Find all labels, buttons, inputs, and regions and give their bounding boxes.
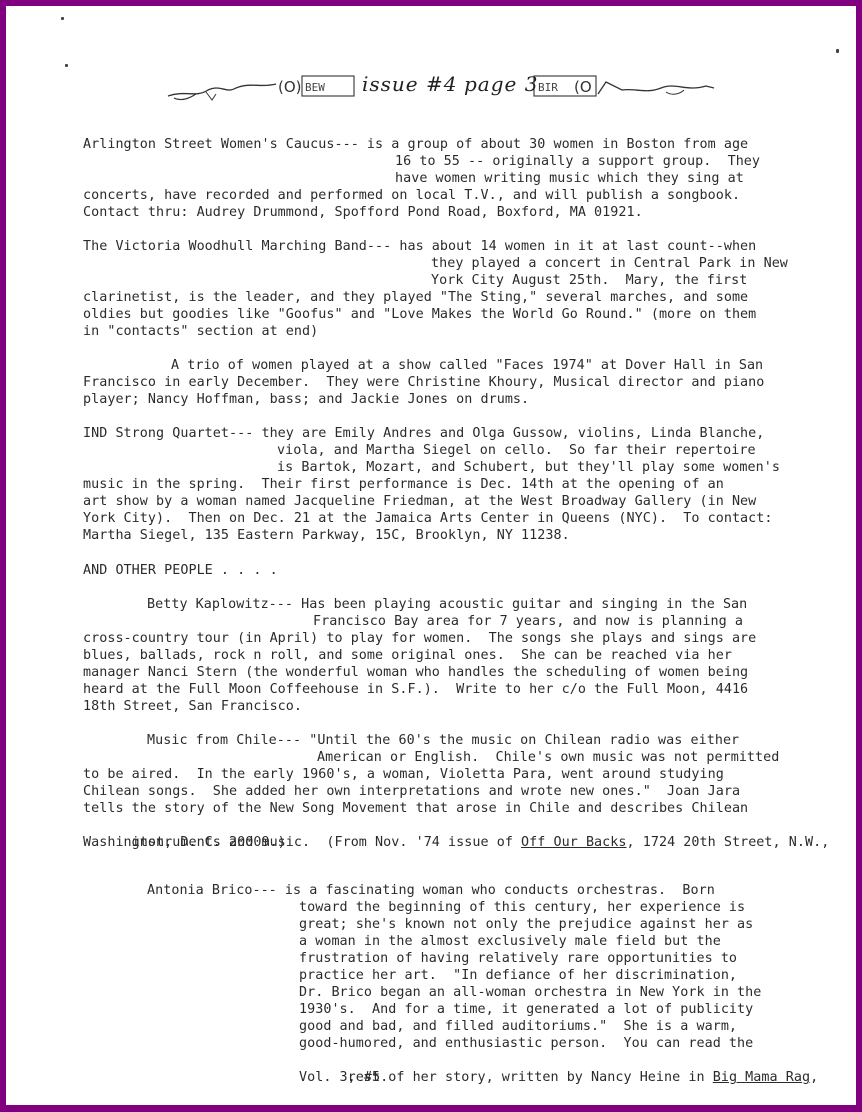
stray-mark [836,49,839,53]
text-line: Francisco in early December. They were C… [83,374,764,391]
text-line: Chilean songs. She added her own interpr… [83,783,740,800]
text-line: Washington, D. C. 20009.) [83,834,286,851]
text-fragment: rest of her story, written by Nancy Hein… [348,1070,713,1085]
issue-label: issue #4 [362,72,457,96]
text-line: The Victoria Woodhull Marching Band--- h… [83,238,756,255]
text-line: blues, ballads, rock n roll, and some or… [83,647,732,664]
text-line: great; she's known not only the prejudic… [299,916,753,933]
text-line: player; Nancy Hoffman, bass; and Jackie … [83,391,529,408]
text-line: toward the beginning of this century, he… [299,899,745,916]
text-line: 18th Street, San Francisco. [83,698,302,715]
text-line: York City). Then on Dec. 21 at the Jamai… [83,510,773,527]
text-line: A trio of women played at a show called … [171,357,763,374]
text-line: Francisco Bay area for 7 years, and now … [313,613,743,630]
text-line: manager Nanci Stern (the wonderful woman… [83,664,748,681]
stray-mark [65,64,68,67]
text-line: tells the story of the New Song Movement… [83,800,748,817]
text-line: Contact thru: Audrey Drummond, Spofford … [83,204,643,221]
text-line: cross-country tour (in April) to play fo… [83,630,756,647]
page-label: page 3 [464,72,538,96]
page-header: (O) BEW BIR (O issue #4 page 3 [166,68,726,104]
text-line: art show by a woman named Jacqueline Fri… [83,493,756,510]
text-line: Music from Chile--- "Until the 60's the … [147,732,739,749]
svg-text:(O): (O) [278,78,302,96]
text-line: oldies but goodies like "Goofus" and "Lo… [83,306,756,323]
text-line: music in the spring. Their first perform… [83,476,724,493]
text-line: concerts, have recorded and performed on… [83,187,740,204]
text-line: Arlington Street Women's Caucus--- is a … [83,136,748,153]
text-fragment: , 1724 20th Street, N.W., [627,835,830,850]
svg-text:(O: (O [574,78,592,96]
stray-mark [61,17,64,20]
text-line: York City August 25th. Mary, the first [431,272,747,289]
text-line: viola, and Martha Siegel on cello. So fa… [277,442,756,459]
text-line: is Bartok, Mozart, and Schubert, but the… [277,459,780,476]
text-line: Martha Siegel, 135 Eastern Parkway, 15C,… [83,527,570,544]
text-line: American or English. Chile's own music w… [317,749,779,766]
text-line: heard at the Full Moon Coffeehouse in S.… [83,681,748,698]
publication-title: Big Mama Rag [713,1070,810,1085]
text-line: clarinetist, is the leader, and they pla… [83,289,748,306]
text-line: have women writing music which they sing… [395,170,744,187]
text-line: 16 to 55 -- originally a support group. … [395,153,760,170]
text-line: good-humored, and enthusiastic person. Y… [299,1035,753,1052]
text-line: Antonia Brico--- is a fascinating woman … [147,882,715,899]
svg-text:BIR: BIR [538,81,558,94]
text-line: they played a concert in Central Park in… [431,255,788,272]
text-line: Vol. 3, #5. [299,1069,388,1086]
text-line: IND Strong Quartet--- they are Emily And… [83,425,764,442]
text-line: frustration of having relatively rare op… [299,950,737,967]
section-heading: AND OTHER PEOPLE . . . . [83,562,278,579]
text-line: Dr. Brico began an all-woman orchestra i… [299,984,761,1001]
svg-text:BEW: BEW [305,81,325,94]
text-line: to be aired. In the early 1960's, a woma… [83,766,724,783]
text-line: Betty Kaplowitz--- Has been playing acou… [147,596,747,613]
text-fragment: , [810,1070,818,1085]
text-line: good and bad, and filled auditoriums." S… [299,1018,737,1035]
text-line: 1930's. And for a time, it generated a l… [299,1001,753,1018]
document-page: (O) BEW BIR (O issue #4 page 3 Arlington… [6,6,856,1105]
publication-title: Off Our Backs [521,835,626,850]
text-line: a woman in the almost exclusively male f… [299,933,721,950]
text-line: in "contacts" section at end) [83,323,318,340]
text-line: practice her art. "In defiance of her di… [299,967,737,984]
